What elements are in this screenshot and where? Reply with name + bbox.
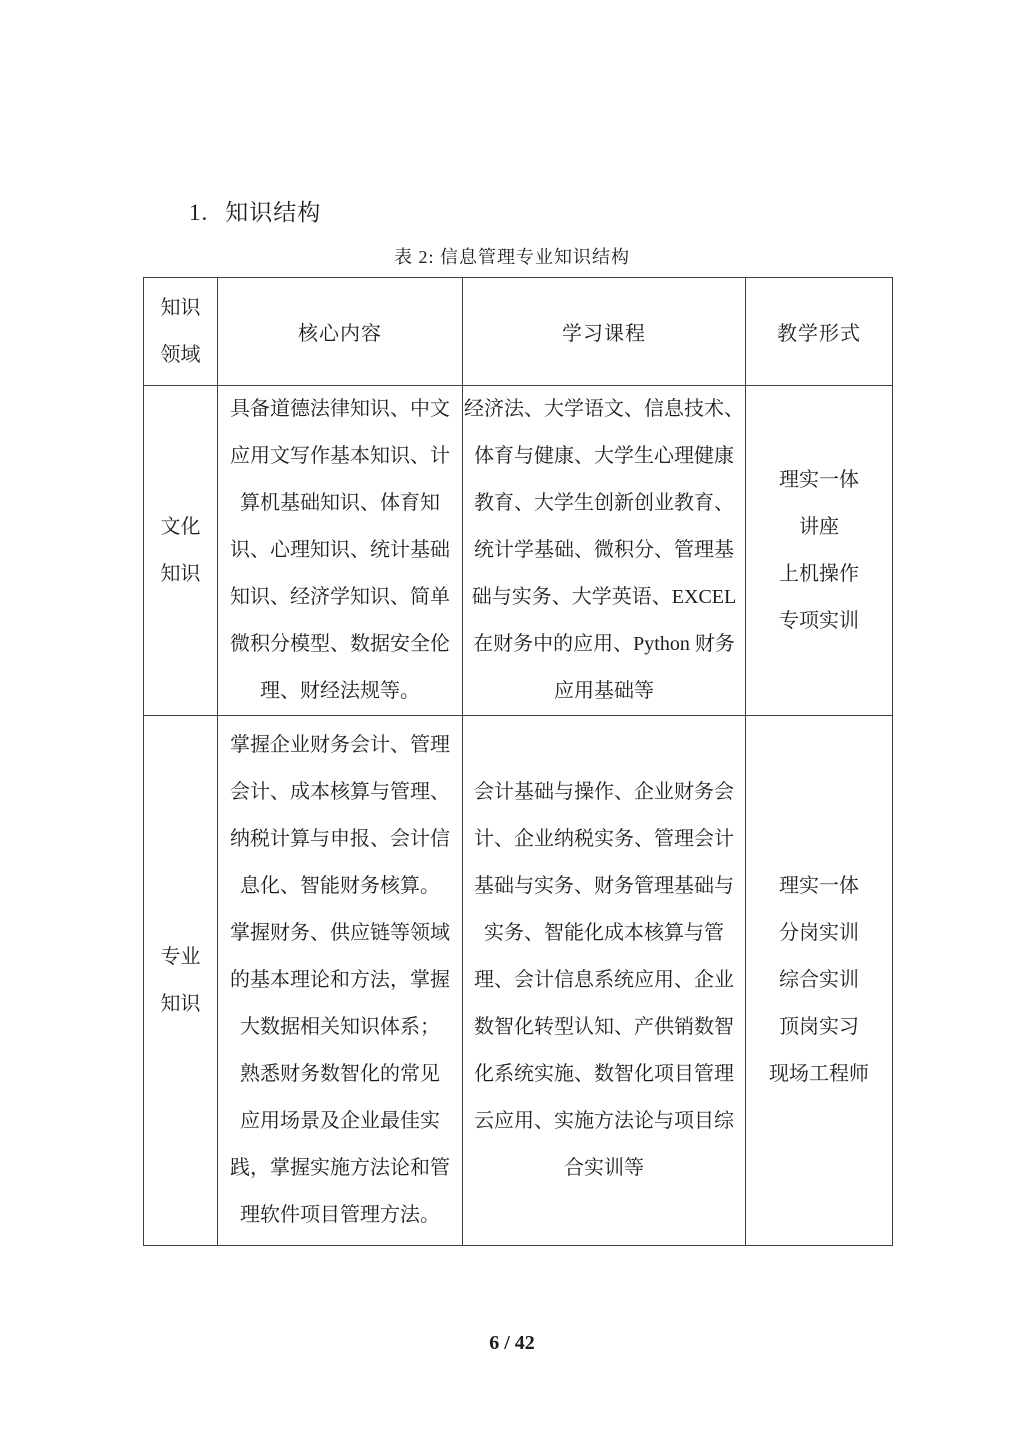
cell-area-culture-text: 文化知识 [144, 504, 217, 598]
cell-core-professional: 掌握企业财务会计、管理会计、成本核算与管理、纳税计算与申报、会计信息化、智能财务… [218, 716, 463, 1246]
table-caption: 表 2: 信息管理专业知识结构 [0, 243, 1024, 269]
header-core-content: 核心内容 [218, 278, 463, 386]
header-knowledge-area-text: 知识领域 [144, 285, 217, 379]
header-courses-text: 学习课程 [463, 317, 745, 346]
cell-core-culture-text: 具备道德法律知识、中文应用文写作基本知识、计算机基础知识、体育知识、心理知识、统… [218, 386, 462, 715]
header-knowledge-area: 知识领域 [144, 278, 218, 386]
header-teaching-format-text: 教学形式 [746, 317, 892, 346]
section-title: 知识结构 [225, 200, 321, 225]
header-teaching-format: 教学形式 [746, 278, 893, 386]
cell-area-culture: 文化知识 [144, 386, 218, 716]
table-header-row: 知识领域 核心内容 学习课程 教学形式 [144, 278, 893, 386]
section-number: 1. [189, 200, 208, 226]
header-courses: 学习课程 [463, 278, 746, 386]
cell-courses-professional-text: 会计基础与操作、企业财务会计、企业纳税实务、管理会计基础与实务、财务管理基础与实… [463, 769, 745, 1192]
cell-format-culture: 理实一体讲座上机操作专项实训 [746, 386, 893, 716]
document-page: 1.知识结构 表 2: 信息管理专业知识结构 知识领域 核心内容 学习课程 [0, 0, 1024, 1448]
cell-core-professional-text: 掌握企业财务会计、管理会计、成本核算与管理、纳税计算与申报、会计信息化、智能财务… [218, 722, 462, 1239]
cell-courses-culture-text: 经济法、大学语文、信息技术、体育与健康、大学生心理健康教育、大学生创新创业教育、… [463, 386, 745, 715]
cell-format-culture-text: 理实一体讲座上机操作专项实训 [746, 457, 892, 645]
cell-area-professional-text: 专业知识 [144, 934, 217, 1028]
cell-format-professional: 理实一体分岗实训综合实训顶岗实习现场工程师 [746, 716, 893, 1246]
table-row-professional-knowledge: 专业知识 掌握企业财务会计、管理会计、成本核算与管理、纳税计算与申报、会计信息化… [144, 716, 893, 1246]
cell-courses-professional: 会计基础与操作、企业财务会计、企业纳税实务、管理会计基础与实务、财务管理基础与实… [463, 716, 746, 1246]
cell-format-professional-text: 理实一体分岗实训综合实训顶岗实习现场工程师 [746, 863, 892, 1098]
cell-courses-culture: 经济法、大学语文、信息技术、体育与健康、大学生心理健康教育、大学生创新创业教育、… [463, 386, 746, 716]
cell-core-culture: 具备道德法律知识、中文应用文写作基本知识、计算机基础知识、体育知识、心理知识、统… [218, 386, 463, 716]
header-core-content-text: 核心内容 [218, 317, 462, 346]
cell-area-professional: 专业知识 [144, 716, 218, 1246]
page-number: 6 / 42 [0, 1332, 1024, 1355]
knowledge-structure-table: 知识领域 核心内容 学习课程 教学形式 文化知识 具备道德法律知识、中文 [143, 277, 893, 1246]
table-row-culture-knowledge: 文化知识 具备道德法律知识、中文应用文写作基本知识、计算机基础知识、体育知识、心… [144, 386, 893, 716]
section-heading: 1.知识结构 [189, 194, 321, 227]
